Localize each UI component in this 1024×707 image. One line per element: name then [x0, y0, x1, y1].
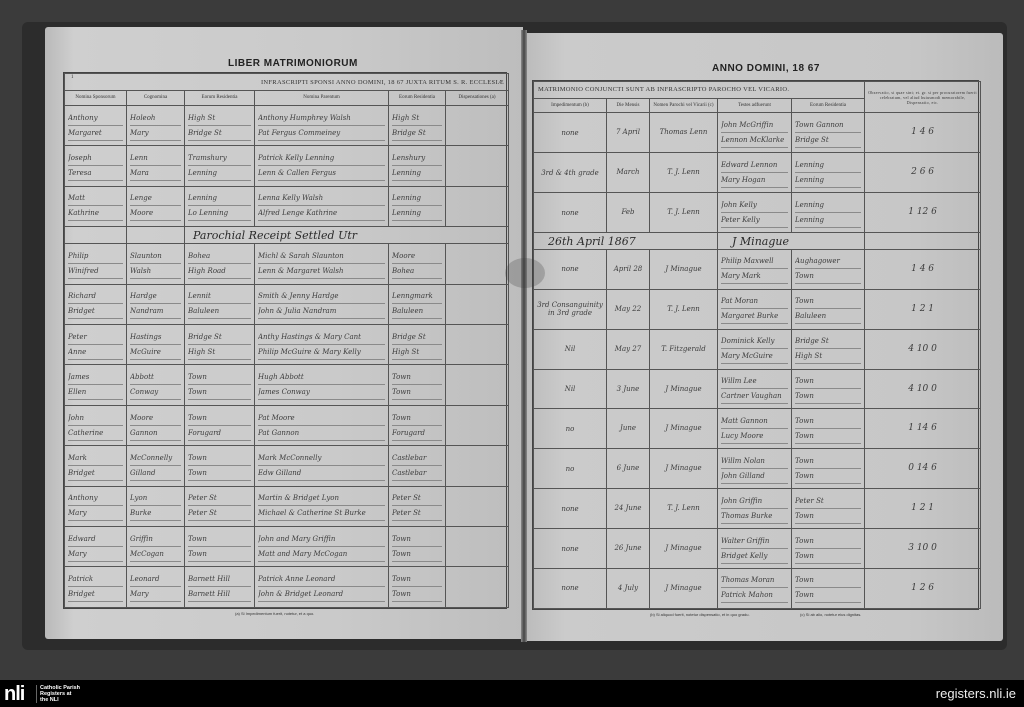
dispensation-cell	[446, 244, 509, 284]
table-row[interactable]: 3rd Consanguinity in 3rd gradeMay 22T. J…	[534, 289, 981, 329]
names-cell: PhilipWinifred	[65, 244, 127, 284]
line: John & Bridget Leonard	[258, 587, 385, 602]
names-cell: AnthonyMary	[65, 486, 127, 526]
line: Peter Kelly	[721, 213, 788, 228]
line: High St	[392, 345, 442, 360]
date-cell: June	[607, 409, 650, 449]
line: Lyon	[130, 491, 181, 506]
table-row[interactable]: AnthonyMargaretHoleohMaryHigh StBridge S…	[65, 105, 509, 145]
line: Castlebar	[392, 466, 442, 481]
line: Town	[795, 588, 861, 603]
line: Town	[392, 587, 442, 602]
parent_res-cell: Peter StPeter St	[389, 486, 446, 526]
column-header: Impedimentum (b)	[534, 98, 607, 113]
right-footnote-b: (b) Si aliquod fuerit, notetur dispensat…	[650, 612, 750, 617]
line: Cartner Vaughan	[721, 389, 788, 404]
line: Richard	[68, 289, 123, 304]
impediment-cell: none	[534, 193, 607, 233]
line: Peter	[68, 330, 123, 345]
table-row[interactable]: MarkBridgetMcConnellyGillandTownTownMark…	[65, 446, 509, 486]
fee-cell: 4 10 0	[865, 329, 981, 369]
priest-cell: J Minague	[650, 369, 718, 409]
residence-cell: High StBridge St	[185, 105, 255, 145]
line: Lenning	[188, 191, 251, 206]
logo-subtitle: Catholic Parish Registers at the NLI	[36, 685, 80, 703]
parents-cell: Patrick Anne LeonardJohn & Bridget Leona…	[255, 567, 389, 608]
names-cell: EdwardMary	[65, 527, 127, 567]
note-date-cell: 26th April 1867	[534, 233, 718, 250]
date-cell: 3 June	[607, 369, 650, 409]
line: Lenning	[188, 166, 251, 181]
column-header: Testes adfuerunt	[718, 98, 792, 113]
date-cell: 7 April	[607, 113, 650, 153]
line: High St	[188, 345, 251, 360]
line: Patrick Kelly Lenning	[258, 151, 385, 166]
witness-residence-cell: TownTown	[792, 409, 865, 449]
names-cell: JosephTeresa	[65, 146, 127, 186]
names-cell: PeterAnne	[65, 325, 127, 365]
line: Baluleen	[392, 304, 442, 319]
witness-residence-cell: Town GannonBridge St	[792, 113, 865, 153]
line: Peter St	[795, 494, 861, 509]
names-cell: RichardBridget	[65, 284, 127, 324]
line: Bohea	[392, 264, 442, 279]
column-header: Cognomina	[127, 91, 185, 106]
line: High St	[795, 349, 861, 364]
table-row[interactable]: RichardBridgetHardgeNandramLennitBalulee…	[65, 284, 509, 324]
line: Patrick	[68, 572, 123, 587]
line: Mary	[68, 547, 123, 562]
witnesses-cell: Philip MaxwellMary Mark	[718, 249, 792, 289]
line: Tramshury	[188, 151, 251, 166]
fee-cell: 0 14 6	[865, 449, 981, 489]
parents-cell: Smith & Jenny HardgeJohn & Julia Nandram	[255, 284, 389, 324]
priest-cell: T. J. Lenn	[650, 153, 718, 193]
table-row[interactable]: noJuneJ MinagueMatt GannonLucy MooreTown…	[534, 409, 981, 449]
line: Town	[795, 573, 861, 588]
date-cell: 6 June	[607, 449, 650, 489]
line: Gannon	[130, 426, 181, 441]
line: Town	[795, 389, 861, 404]
names-cell: JamesEllen	[65, 365, 127, 405]
table-row[interactable]: PeterAnneHastingsMcGuireBridge StHigh St…	[65, 325, 509, 365]
surnames-cell: AbbottConway	[127, 365, 185, 405]
line: Town	[188, 451, 251, 466]
dispensation-cell	[446, 405, 509, 445]
table-row[interactable]: JosephTeresaLennMaraTramshuryLenningPatr…	[65, 146, 509, 186]
table-row[interactable]: no6 JuneJ MinagueWillm NolanJohn Gilland…	[534, 449, 981, 489]
line: Town	[795, 414, 861, 429]
line: Barnett Hill	[188, 587, 251, 602]
line: Town	[188, 532, 251, 547]
line: Teresa	[68, 166, 123, 181]
line: Thomas Burke	[721, 509, 788, 524]
witness-residence-cell: Bridge StHigh St	[792, 329, 865, 369]
names-cell: MattKathrine	[65, 186, 127, 226]
line: Margaret	[68, 126, 123, 141]
witnesses-cell: Willm NolanJohn Gilland	[718, 449, 792, 489]
line: High St	[188, 111, 251, 126]
line: Aughagower	[795, 254, 861, 269]
line: Peter St	[392, 491, 442, 506]
witnesses-cell: John McGriffinLennon McKlarke	[718, 113, 792, 153]
dispensation-cell	[446, 186, 509, 226]
date-cell: 4 July	[607, 568, 650, 608]
date-cell: May 22	[607, 289, 650, 329]
line: Holeoh	[130, 111, 181, 126]
line: Pat Gannon	[258, 426, 385, 441]
line: Anthy Hastings & Mary Cant	[258, 330, 385, 345]
line: Pat Moran	[721, 294, 788, 309]
parent_res-cell: LenshuryLenning	[389, 146, 446, 186]
parents-cell: Martin & Bridget LyonMichael & Catherine…	[255, 486, 389, 526]
priest-cell: J Minague	[650, 529, 718, 569]
parent_res-cell: LenngmarkBaluleen	[389, 284, 446, 324]
line: Town	[392, 572, 442, 587]
right-banner: MATRIMONIO CONJUNCTI SUNT AB INFRASCRIPT…	[534, 82, 865, 99]
table-row[interactable]: Parochial Receipt Settled Utr	[65, 227, 509, 244]
line: Mary McGuire	[721, 349, 788, 364]
footer-bar: nli Catholic Parish Registers at the NLI…	[0, 680, 1024, 707]
witnesses-cell: Willm LeeCartner Vaughan	[718, 369, 792, 409]
line: James Conway	[258, 385, 385, 400]
surnames-cell: MooreGannon	[127, 405, 185, 445]
column-header: Eorum Residentia	[389, 91, 446, 106]
line: Anthony	[68, 491, 123, 506]
line: Catherine	[68, 426, 123, 441]
entry-number: 1	[71, 75, 74, 80]
line: Town	[795, 374, 861, 389]
table-row[interactable]: Nil3 JuneJ MinagueWillm LeeCartner Vaugh…	[534, 369, 981, 409]
table-row[interactable]: PhilipWinifredSlauntonWalshBoheaHigh Roa…	[65, 244, 509, 284]
line: Mary Mark	[721, 269, 788, 284]
table-row[interactable]: none24 JuneT. J. LennJohn GriffinThomas …	[534, 489, 981, 529]
line: Mary Hogan	[721, 173, 788, 188]
fee-cell: 1 2 1	[865, 489, 981, 529]
column-header: Eorum Residentia	[185, 91, 255, 106]
witness-residence-cell: TownTown	[792, 449, 865, 489]
surnames-cell	[127, 227, 185, 244]
parents-cell: Hugh AbbottJames Conway	[255, 365, 389, 405]
line: Anne	[68, 345, 123, 360]
line: Peter St	[392, 506, 442, 521]
line: Smith & Jenny Hardge	[258, 289, 385, 304]
priest-cell: J Minague	[650, 409, 718, 449]
logo-sub-line: the NLI	[40, 697, 80, 703]
fee-cell: 2 6 6	[865, 153, 981, 193]
witness-residence-cell: Peter StTown	[792, 489, 865, 529]
line: Lo Lenning	[188, 206, 251, 221]
line: Town	[795, 549, 861, 564]
line: Lenge	[130, 191, 181, 206]
line: Walter Griffin	[721, 534, 788, 549]
witness-residence-cell: LenningLenning	[792, 193, 865, 233]
line: Michl & Sarah Slaunton	[258, 249, 385, 264]
column-header: Nomen Parochi vel Vicarii (c)	[650, 98, 718, 113]
left-footnote: (a) Si Impedimentum fuerit, notetur, et …	[235, 611, 314, 616]
witnesses-cell: Dominick KellyMary McGuire	[718, 329, 792, 369]
parents-cell: Pat MoorePat Gannon	[255, 405, 389, 445]
surnames-cell: GriffinMcCogan	[127, 527, 185, 567]
impediment-cell: Nil	[534, 329, 607, 369]
fee-cell: 1 4 6	[865, 113, 981, 153]
impediment-cell: 3rd Consanguinity in 3rd grade	[534, 289, 607, 329]
priest-cell: J Minague	[650, 568, 718, 608]
impediment-cell: none	[534, 568, 607, 608]
dispensation-cell	[446, 446, 509, 486]
residence-cell: TownTown	[185, 446, 255, 486]
line: Forugard	[392, 426, 442, 441]
fee-cell	[865, 233, 981, 250]
fee-cell: 1 2 6	[865, 568, 981, 608]
witnesses-cell: John GriffinThomas Burke	[718, 489, 792, 529]
priest-cell: T. Fitzgerald	[650, 329, 718, 369]
right-page: ANNO DOMINI, 18 67 MATRIMONIO CONJUNCTI …	[527, 33, 1003, 641]
fee-cell: 4 10 0	[865, 369, 981, 409]
impediment-cell: 3rd & 4th grade	[534, 153, 607, 193]
line: Town	[392, 411, 442, 426]
line: Kathrine	[68, 206, 123, 221]
line: Dominick Kelly	[721, 334, 788, 349]
parent_res-cell: MooreBohea	[389, 244, 446, 284]
residence-cell: LennitBaluleen	[185, 284, 255, 324]
witnesses-cell: Edward LennonMary Hogan	[718, 153, 792, 193]
table-row[interactable]: none4 JulyJ MinagueThomas MoranPatrick M…	[534, 568, 981, 608]
fee-cell: 3 10 0	[865, 529, 981, 569]
residence-cell: TownForugard	[185, 405, 255, 445]
priest-cell: J Minague	[650, 449, 718, 489]
right-footnote-c: (c) Si ab alio, notetur eius dignitas.	[800, 612, 861, 617]
surnames-cell: HardgeNandram	[127, 284, 185, 324]
line: Lenning	[392, 191, 442, 206]
residence-cell: TownTown	[185, 365, 255, 405]
table-row[interactable]: 3rd & 4th gradeMarchT. J. LennEdward Len…	[534, 153, 981, 193]
line: Peter St	[188, 506, 251, 521]
line: Town	[392, 547, 442, 562]
line: Lenn & Callen Fergus	[258, 166, 385, 181]
line: Lenning	[795, 213, 861, 228]
witness-residence-cell: AughagowerTown	[792, 249, 865, 289]
date-cell: 26 June	[607, 529, 650, 569]
line: Philip	[68, 249, 123, 264]
table-row[interactable]: NilMay 27T. FitzgeraldDominick KellyMary…	[534, 329, 981, 369]
note-signature-cell: J Minague	[718, 233, 865, 250]
priest-cell: T. J. Lenn	[650, 289, 718, 329]
surnames-cell: McConnellyGilland	[127, 446, 185, 486]
line: Bridge St	[392, 330, 442, 345]
line: John	[68, 411, 123, 426]
line: High Road	[188, 264, 251, 279]
line: Bridge St	[795, 133, 861, 148]
line: Willm Lee	[721, 374, 788, 389]
line: Bridget Kelly	[721, 549, 788, 564]
table-row[interactable]: none26 JuneJ MinagueWalter GriffinBridge…	[534, 529, 981, 569]
line: Town	[795, 469, 861, 484]
line: Anthony Humphrey Walsh	[258, 111, 385, 126]
table-row[interactable]: PatrickBridgetLeonardMaryBarnett HillBar…	[65, 567, 509, 608]
line: Philip McGuire & Mary Kelly	[258, 345, 385, 360]
table-row[interactable]: MattKathrineLengeMooreLenningLo LenningL…	[65, 186, 509, 226]
priest-cell: J Minague	[650, 249, 718, 289]
fee-cell: 1 2 1	[865, 289, 981, 329]
line: Town	[188, 411, 251, 426]
line: McCogan	[130, 547, 181, 562]
line: Bridge St	[188, 126, 251, 141]
line: McGuire	[130, 345, 181, 360]
line: Hardge	[130, 289, 181, 304]
line: Castlebar	[392, 451, 442, 466]
line: Mark McConnelly	[258, 451, 385, 466]
table-row[interactable]: none7 AprilThomas LennJohn McGriffinLenn…	[534, 113, 981, 153]
line: Edw Gilland	[258, 466, 385, 481]
residence-cell: Bridge StHigh St	[185, 325, 255, 365]
parent_res-cell: Bridge StHigh St	[389, 325, 446, 365]
table-row[interactable]: AnthonyMaryLyonBurkePeter StPeter StMart…	[65, 486, 509, 526]
line: Town	[795, 534, 861, 549]
residence-cell: TramshuryLenning	[185, 146, 255, 186]
table-row[interactable]: JamesEllenAbbottConwayTownTownHugh Abbot…	[65, 365, 509, 405]
line: Barnett Hill	[188, 572, 251, 587]
witness-residence-cell: TownBaluleen	[792, 289, 865, 329]
fee-cell: 1 12 6	[865, 193, 981, 233]
line: Town	[795, 269, 861, 284]
column-header: Nomina Parentum	[255, 91, 389, 106]
parent_res-cell: TownTown	[389, 527, 446, 567]
line: John Kelly	[721, 198, 788, 213]
site-link[interactable]: registers.nli.ie	[936, 686, 1016, 701]
residence-cell: Barnett HillBarnett Hill	[185, 567, 255, 608]
parent_res-cell: LenningLenning	[389, 186, 446, 226]
line: Edward	[68, 532, 123, 547]
nli-logo[interactable]: nli	[4, 684, 24, 704]
line: Burke	[130, 506, 181, 521]
date-cell: March	[607, 153, 650, 193]
table-row[interactable]: noneFebT. J. LennJohn KellyPeter KellyLe…	[534, 193, 981, 233]
column-header: Nomina Sponsorum	[65, 91, 127, 106]
names-cell: MarkBridget	[65, 446, 127, 486]
line: Edward Lennon	[721, 158, 788, 173]
line: Mary	[130, 126, 181, 141]
line: Lucy Moore	[721, 429, 788, 444]
line: Anthony	[68, 111, 123, 126]
date-cell: April 28	[607, 249, 650, 289]
line: Martin & Bridget Lyon	[258, 491, 385, 506]
line: Griffin	[130, 532, 181, 547]
line: Town	[392, 370, 442, 385]
line: Lenning	[795, 173, 861, 188]
dispensation-cell	[446, 486, 509, 526]
line: Lenning	[392, 166, 442, 181]
line: James	[68, 370, 123, 385]
date-cell: May 27	[607, 329, 650, 369]
line: Peter St	[188, 491, 251, 506]
line: McConnelly	[130, 451, 181, 466]
parents-cell: Anthy Hastings & Mary CantPhilip McGuire…	[255, 325, 389, 365]
dispensation-cell	[446, 325, 509, 365]
surnames-cell: LyonBurke	[127, 486, 185, 526]
parent_res-cell: TownForugard	[389, 405, 446, 445]
line: John & Julia Nandram	[258, 304, 385, 319]
surnames-cell: LengeMoore	[127, 186, 185, 226]
parents-cell: Lenna Kelly WalshAlfred Lenge Kathrine	[255, 186, 389, 226]
parents-cell: John and Mary GriffinMatt and Mary McCog…	[255, 527, 389, 567]
table-row[interactable]: 26th April 1867J Minague	[534, 233, 981, 250]
line: Lennon McKlarke	[721, 133, 788, 148]
line: Baluleen	[188, 304, 251, 319]
line: Joseph	[68, 151, 123, 166]
fee-cell: 1 4 6	[865, 249, 981, 289]
dispensation-cell	[446, 284, 509, 324]
impediment-cell: Nil	[534, 369, 607, 409]
surnames-cell: LeonardMary	[127, 567, 185, 608]
line: Lenning	[795, 198, 861, 213]
line: Town	[795, 294, 861, 309]
line: Town	[392, 532, 442, 547]
dispensation-cell	[446, 146, 509, 186]
column-header: Die Mensis	[607, 98, 650, 113]
line: Bohea	[188, 249, 251, 264]
table-row[interactable]: noneApril 28J MinaguePhilip MaxwellMary …	[534, 249, 981, 289]
line: Town	[188, 370, 251, 385]
table-row[interactable]: JohnCatherineMooreGannonTownForugardPat …	[65, 405, 509, 445]
line: Town	[188, 466, 251, 481]
names-cell: JohnCatherine	[65, 405, 127, 445]
line: Forugard	[188, 426, 251, 441]
witnesses-cell: Thomas MoranPatrick Mahon	[718, 568, 792, 608]
surnames-cell: SlauntonWalsh	[127, 244, 185, 284]
line: Mark	[68, 451, 123, 466]
line: Willm Nolan	[721, 454, 788, 469]
line: Bridge St	[392, 126, 442, 141]
line: High St	[392, 111, 442, 126]
surnames-cell: LennMara	[127, 146, 185, 186]
note-cell: Parochial Receipt Settled Utr	[185, 227, 509, 244]
priest-cell: T. J. Lenn	[650, 489, 718, 529]
line: Nandram	[130, 304, 181, 319]
parent_res-cell: CastlebarCastlebar	[389, 446, 446, 486]
line: Matt	[68, 191, 123, 206]
line: Patrick Anne Leonard	[258, 572, 385, 587]
line: Lenn	[130, 151, 181, 166]
line: Mary	[68, 506, 123, 521]
parents-cell: Patrick Kelly LenningLenn & Callen Fergu…	[255, 146, 389, 186]
parent_res-cell: TownTown	[389, 567, 446, 608]
line: Pat Moore	[258, 411, 385, 426]
observations-header: Observatio, si quae sint; et. gr. si per…	[865, 82, 981, 113]
line: Lenn & Margaret Walsh	[258, 264, 385, 279]
line: Town	[795, 509, 861, 524]
document-viewer[interactable]: LIBER MATRIMONIORUM 1 INFRASCRIPTI SPONS…	[0, 0, 1024, 680]
marriage-register-right-table: MATRIMONIO CONJUNCTI SUNT AB INFRASCRIPT…	[532, 80, 979, 610]
residence-cell: Peter StPeter St	[185, 486, 255, 526]
witness-residence-cell: TownTown	[792, 568, 865, 608]
residence-cell: BoheaHigh Road	[185, 244, 255, 284]
date-cell: 24 June	[607, 489, 650, 529]
line: Mary	[130, 587, 181, 602]
dispensation-cell	[446, 567, 509, 608]
line: Lennit	[188, 289, 251, 304]
impediment-cell: no	[534, 409, 607, 449]
line: Town	[795, 429, 861, 444]
date-cell: Feb	[607, 193, 650, 233]
dispensation-cell	[446, 527, 509, 567]
line: Mara	[130, 166, 181, 181]
line: Michael & Catherine St Burke	[258, 506, 385, 521]
table-row[interactable]: EdwardMaryGriffinMcCoganTownTownJohn and…	[65, 527, 509, 567]
line: John Griffin	[721, 494, 788, 509]
marriage-register-left-table: 1 INFRASCRIPTI SPONSI ANNO DOMINI, 18 67…	[63, 72, 507, 609]
ink-stain	[505, 258, 545, 288]
